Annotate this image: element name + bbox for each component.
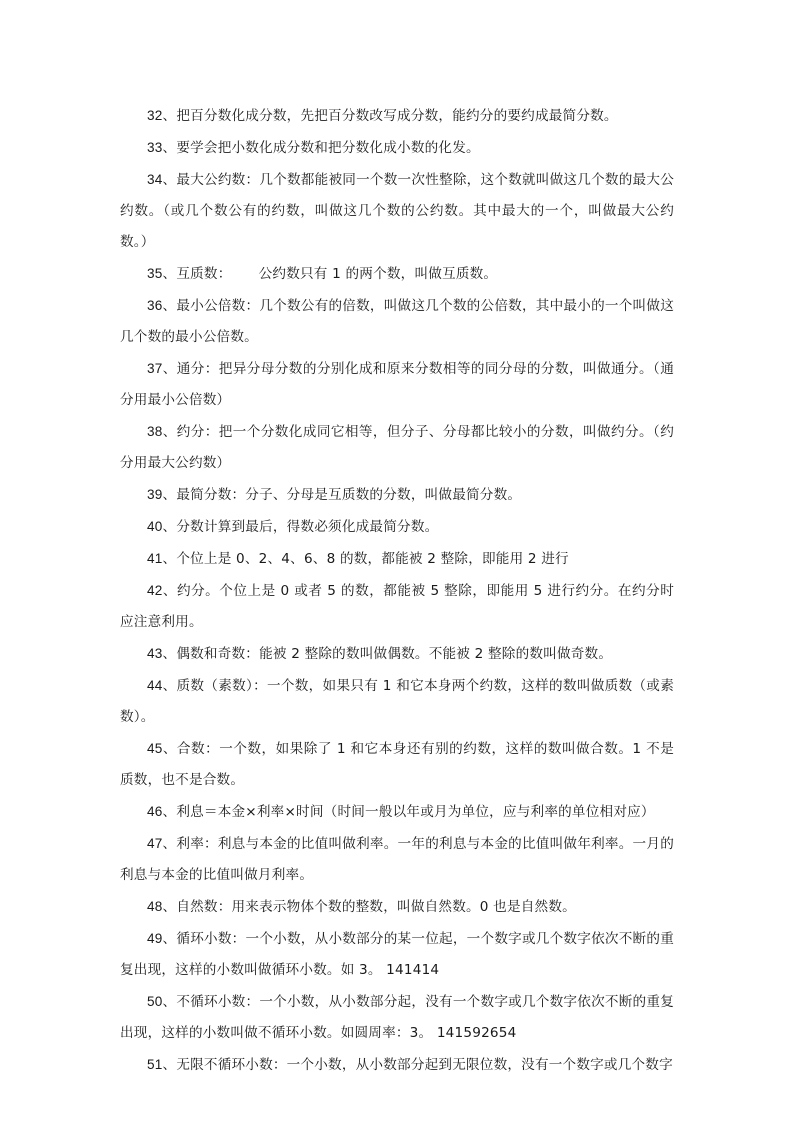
paragraph-47: 47、利率：利息与本金的比值叫做利率。一年的利息与本金的比值叫做年利率。一月的利… xyxy=(120,828,674,891)
item-number: 43 xyxy=(147,646,163,661)
item-text: 、约分。个位上是 0 或者 5 的数，都能被 5 整除，即能用 5 进行约分。在… xyxy=(120,583,674,630)
paragraph-48: 48、自然数：用来表示物体个数的整数，叫做自然数。0 也是自然数。 xyxy=(120,891,674,923)
item-number: 38 xyxy=(147,424,163,439)
item-number: 47 xyxy=(147,836,163,851)
item-text: 、不循环小数：一个小数，从小数部分起，没有一个数字或几个数字依次不断的重复出现，… xyxy=(120,994,674,1041)
item-number: 48 xyxy=(147,899,163,914)
item-number: 41 xyxy=(147,551,163,566)
item-text: 、利率：利息与本金的比值叫做利率。一年的利息与本金的比值叫做年利率。一月的利息与… xyxy=(120,836,674,883)
item-text: 、无限不循环小数：一个小数，从小数部分起到无限位数，没有一个数字或几个数字 xyxy=(163,1057,673,1073)
item-number: 50 xyxy=(147,994,163,1009)
item-text: 、质数（素数）：一个数，如果只有 1 和它本身两个约数，这样的数叫做质数（或素数… xyxy=(120,678,674,725)
document-page: 32、把百分数化成分数，先把百分数改写成分数，能约分的要约成最简分数。 33、要… xyxy=(120,100,674,1081)
paragraph-33: 33、要学会把小数化成分数和把分数化成小数的化发。 xyxy=(120,132,674,164)
paragraph-35: 35、互质数： 公约数只有 1 的两个数，叫做互质数。 xyxy=(120,258,674,290)
item-number: 42 xyxy=(147,583,163,598)
item-text: 、个位上是 0、2、4、6、8 的数，都能被 2 整除，即能用 2 进行 xyxy=(163,551,569,567)
item-text: 、要学会把小数化成分数和把分数化成小数的化发。 xyxy=(163,140,480,156)
item-text: 、把百分数化成分数，先把百分数改写成分数，能约分的要约成最简分数。 xyxy=(163,108,618,124)
item-text: 、循环小数：一个小数，从小数部分的某一位起，一个数字或几个数字依次不断的重复出现… xyxy=(120,931,674,978)
paragraph-38: 38、约分：把一个分数化成同它相等，但分子、分母都比较小的分数，叫做约分。（约分… xyxy=(120,416,674,479)
item-number: 33 xyxy=(147,140,163,155)
paragraph-37: 37、通分：把异分母分数的分别化成和原来分数相等的同分母的分数，叫做通分。（通分… xyxy=(120,353,674,416)
item-text: 、偶数和奇数：能被 2 整除的数叫做偶数。不能被 2 整除的数叫做奇数。 xyxy=(163,646,613,662)
item-text: 、通分：把异分母分数的分别化成和原来分数相等的同分母的分数，叫做通分。（通分用最… xyxy=(120,361,674,408)
item-number: 44 xyxy=(147,678,163,693)
paragraph-36: 36、最小公倍数：几个数公有的倍数，叫做这几个数的公倍数，其中最小的一个叫做这几… xyxy=(120,290,674,353)
item-text: 、互质数： 公约数只有 1 的两个数，叫做互质数。 xyxy=(163,266,498,282)
paragraph-51: 51、无限不循环小数：一个小数，从小数部分起到无限位数，没有一个数字或几个数字 xyxy=(120,1049,674,1081)
paragraph-49: 49、循环小数：一个小数，从小数部分的某一位起，一个数字或几个数字依次不断的重复… xyxy=(120,923,674,986)
paragraph-41: 41、个位上是 0、2、4、6、8 的数，都能被 2 整除，即能用 2 进行 xyxy=(120,543,674,575)
item-number: 45 xyxy=(147,741,163,756)
item-text: 、自然数：用来表示物体个数的整数，叫做自然数。0 也是自然数。 xyxy=(163,899,576,915)
paragraph-32: 32、把百分数化成分数，先把百分数改写成分数，能约分的要约成最简分数。 xyxy=(120,100,674,132)
item-text: 、分数计算到最后，得数必须化成最简分数。 xyxy=(163,519,439,535)
item-number: 37 xyxy=(147,361,163,376)
paragraph-45: 45、合数：一个数，如果除了 1 和它本身还有别的约数，这样的数叫做合数。1 不… xyxy=(120,733,674,796)
paragraph-34: 34、最大公约数：几个数都能被同一个数一次性整除，这个数就叫做这几个数的最大公约… xyxy=(120,164,674,258)
item-text: 、利息＝本金×利率×时间（时间一般以年或月为单位，应与利率的单位相对应） xyxy=(163,804,655,820)
paragraph-44: 44、质数（素数）：一个数，如果只有 1 和它本身两个约数，这样的数叫做质数（或… xyxy=(120,670,674,733)
paragraph-50: 50、不循环小数：一个小数，从小数部分起，没有一个数字或几个数字依次不断的重复出… xyxy=(120,986,674,1049)
item-text: 、最简分数：分子、分母是互质数的分数，叫做最简分数。 xyxy=(163,487,522,503)
item-number: 49 xyxy=(147,931,163,946)
item-number: 51 xyxy=(147,1057,163,1072)
item-text: 、最小公倍数：几个数公有的倍数，叫做这几个数的公倍数，其中最小的一个叫做这几个数… xyxy=(120,298,674,345)
item-number: 36 xyxy=(147,298,163,313)
item-number: 34 xyxy=(147,172,163,187)
paragraph-43: 43、偶数和奇数：能被 2 整除的数叫做偶数。不能被 2 整除的数叫做奇数。 xyxy=(120,638,674,670)
item-number: 46 xyxy=(147,804,163,819)
paragraph-40: 40、分数计算到最后，得数必须化成最简分数。 xyxy=(120,511,674,543)
item-text: 、最大公约数：几个数都能被同一个数一次性整除，这个数就叫做这几个数的最大公约数。… xyxy=(120,172,674,250)
item-number: 35 xyxy=(147,266,163,281)
paragraph-39: 39、最简分数：分子、分母是互质数的分数，叫做最简分数。 xyxy=(120,479,674,511)
item-number: 39 xyxy=(147,487,163,502)
item-text: 、约分：把一个分数化成同它相等，但分子、分母都比较小的分数，叫做约分。（约分用最… xyxy=(120,424,674,471)
paragraph-46: 46、利息＝本金×利率×时间（时间一般以年或月为单位，应与利率的单位相对应） xyxy=(120,796,674,828)
item-number: 40 xyxy=(147,519,163,534)
item-number: 32 xyxy=(147,108,163,123)
paragraph-42: 42、约分。个位上是 0 或者 5 的数，都能被 5 整除，即能用 5 进行约分… xyxy=(120,575,674,638)
item-text: 、合数：一个数，如果除了 1 和它本身还有别的约数，这样的数叫做合数。1 不是质… xyxy=(120,741,674,788)
